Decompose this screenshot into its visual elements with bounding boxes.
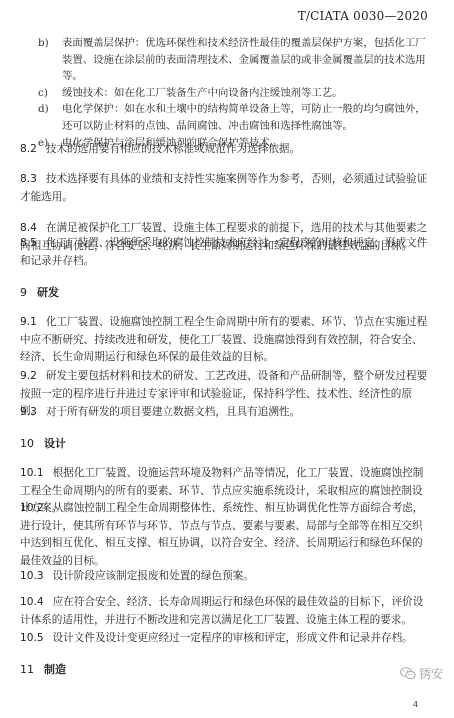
list-item: d) 电化学保护：如在水和土壤中的结构简单设备上等，可防止一般的均匀腐蚀外，还可… (38, 101, 433, 134)
section-number: 10 (20, 437, 34, 450)
watermark-text: 锈安 (419, 665, 443, 682)
clause-number: 10.4 (20, 594, 44, 612)
section-title: 制造 (44, 663, 66, 676)
clause-10-5: 10.5设计文件及设计变更应经过一定程序的审核和评定，形成文件和记录并存档。 (20, 630, 432, 648)
page-number: 4 (413, 700, 418, 709)
clause-10-4: 10.4应在符合安全、经济、长寿命周期运行和绿色环保的最佳效益的目标下，评价设计… (20, 594, 432, 629)
clause-10-2: 10.2从腐蚀控制工程全生命周期整体性、系统性、相互协调优化性等方面综合考虑，进… (20, 500, 432, 570)
clause-number: 8.3 (20, 171, 37, 189)
clause-number: 9.2 (20, 368, 37, 386)
clause-text: 技术的选用要有相应的技术标准或规范作为选择依据。 (46, 143, 300, 155)
list-marker: c) (38, 85, 62, 102)
section-number: 11 (20, 663, 34, 676)
clause-9-3: 9.3对于所有研发的项目要建立数据文档，且具有追溯性。 (20, 404, 432, 422)
protection-method-list: b) 表面覆盖层保护：优选环保性和技术经济性最佳的覆盖层保护方案，包括化工厂装置… (38, 35, 433, 151)
clause-9-1: 9.1化工厂装置、设施腐蚀控制工程全生命周期中所有的要素、环节、节点在实施过程中… (20, 314, 432, 367)
section-heading-11: 11制造 (20, 661, 66, 677)
clause-text: 应在符合安全、经济、长寿命周期运行和绿色环保的最佳效益的目标下，评价设计体系的适… (20, 596, 423, 626)
clause-number: 10.5 (20, 630, 44, 648)
clause-number: 10.2 (20, 500, 44, 518)
document-code: T/CIATA 0030—2020 (298, 9, 428, 23)
clause-10-3: 10.3设计阶段应该制定报废和处置的绿色预案。 (20, 568, 432, 586)
clause-number: 9.1 (20, 314, 37, 332)
clause-8-2: 8.2技术的选用要有相应的技术标准或规范作为选择依据。 (20, 141, 432, 159)
document-page: T/CIATA 0030—2020 b) 表面覆盖层保护：优选环保性和技术经济性… (0, 0, 454, 718)
clause-8-3: 8.3技术选择要有具体的业绩和支持性实施案例等作为参考，否则，必须通过试验验证才… (20, 171, 432, 206)
clause-number: 8.2 (20, 141, 37, 159)
clause-text: 设计文件及设计变更应经过一定程序的审核和评定，形成文件和记录并存档。 (53, 632, 413, 644)
clause-number: 8.5 (20, 235, 37, 253)
clause-text: 对于所有研发的项目要建立数据文档，且具有追溯性。 (46, 406, 300, 418)
list-item-text: 表面覆盖层保护：优选环保性和技术经济性最佳的覆盖层保护方案，包括化工厂装置、设施… (62, 35, 433, 85)
clause-text: 化工厂装置、设施腐蚀控制工程全生命周期中所有的要素、环节、节点在实施过程中应不断… (20, 316, 427, 363)
list-item: c) 缓蚀技术：如在化工厂装备生产中向设备内注缓蚀剂等工艺。 (38, 85, 433, 102)
list-item: b) 表面覆盖层保护：优选环保性和技术经济性最佳的覆盖层保护方案，包括化工厂装置… (38, 35, 433, 85)
section-heading-10: 10设计 (20, 435, 66, 451)
clause-number: 10.1 (20, 465, 44, 483)
list-marker: b) (38, 35, 62, 85)
clause-text: 从腐蚀控制工程全生命周期整体性、系统性、相互协调优化性等方面综合考虑，进行设计，… (20, 502, 423, 567)
section-number: 9 (20, 286, 27, 299)
section-title: 研发 (37, 286, 59, 299)
clause-number: 9.3 (20, 404, 37, 422)
section-heading-9: 9研发 (20, 284, 59, 300)
clause-8-5: 8.5化工厂装置、设施所采取的腐蚀控制技术应经过一定程序的审核和评定，形成文件和… (20, 235, 432, 270)
clause-text: 技术选择要有具体的业绩和支持性实施案例等作为参考，否则，必须通过试验验证才能选用… (20, 173, 427, 203)
clause-number: 10.3 (20, 568, 44, 586)
clause-text: 设计阶段应该制定报废和处置的绿色预案。 (53, 570, 254, 582)
watermark: 锈安 (400, 665, 443, 682)
list-item-text: 缓蚀技术：如在化工厂装备生产中向设备内注缓蚀剂等工艺。 (62, 85, 433, 102)
wechat-icon (400, 667, 416, 680)
clause-text: 化工厂装置、设施所采取的腐蚀控制技术应经过一定程序的审核和评定，形成文件和记录并… (20, 237, 427, 267)
list-marker: d) (38, 101, 62, 134)
list-item-text: 电化学保护：如在水和土壤中的结构简单设备上等，可防止一般的均匀腐蚀外，还可以防止… (62, 101, 433, 134)
section-title: 设计 (44, 437, 66, 450)
